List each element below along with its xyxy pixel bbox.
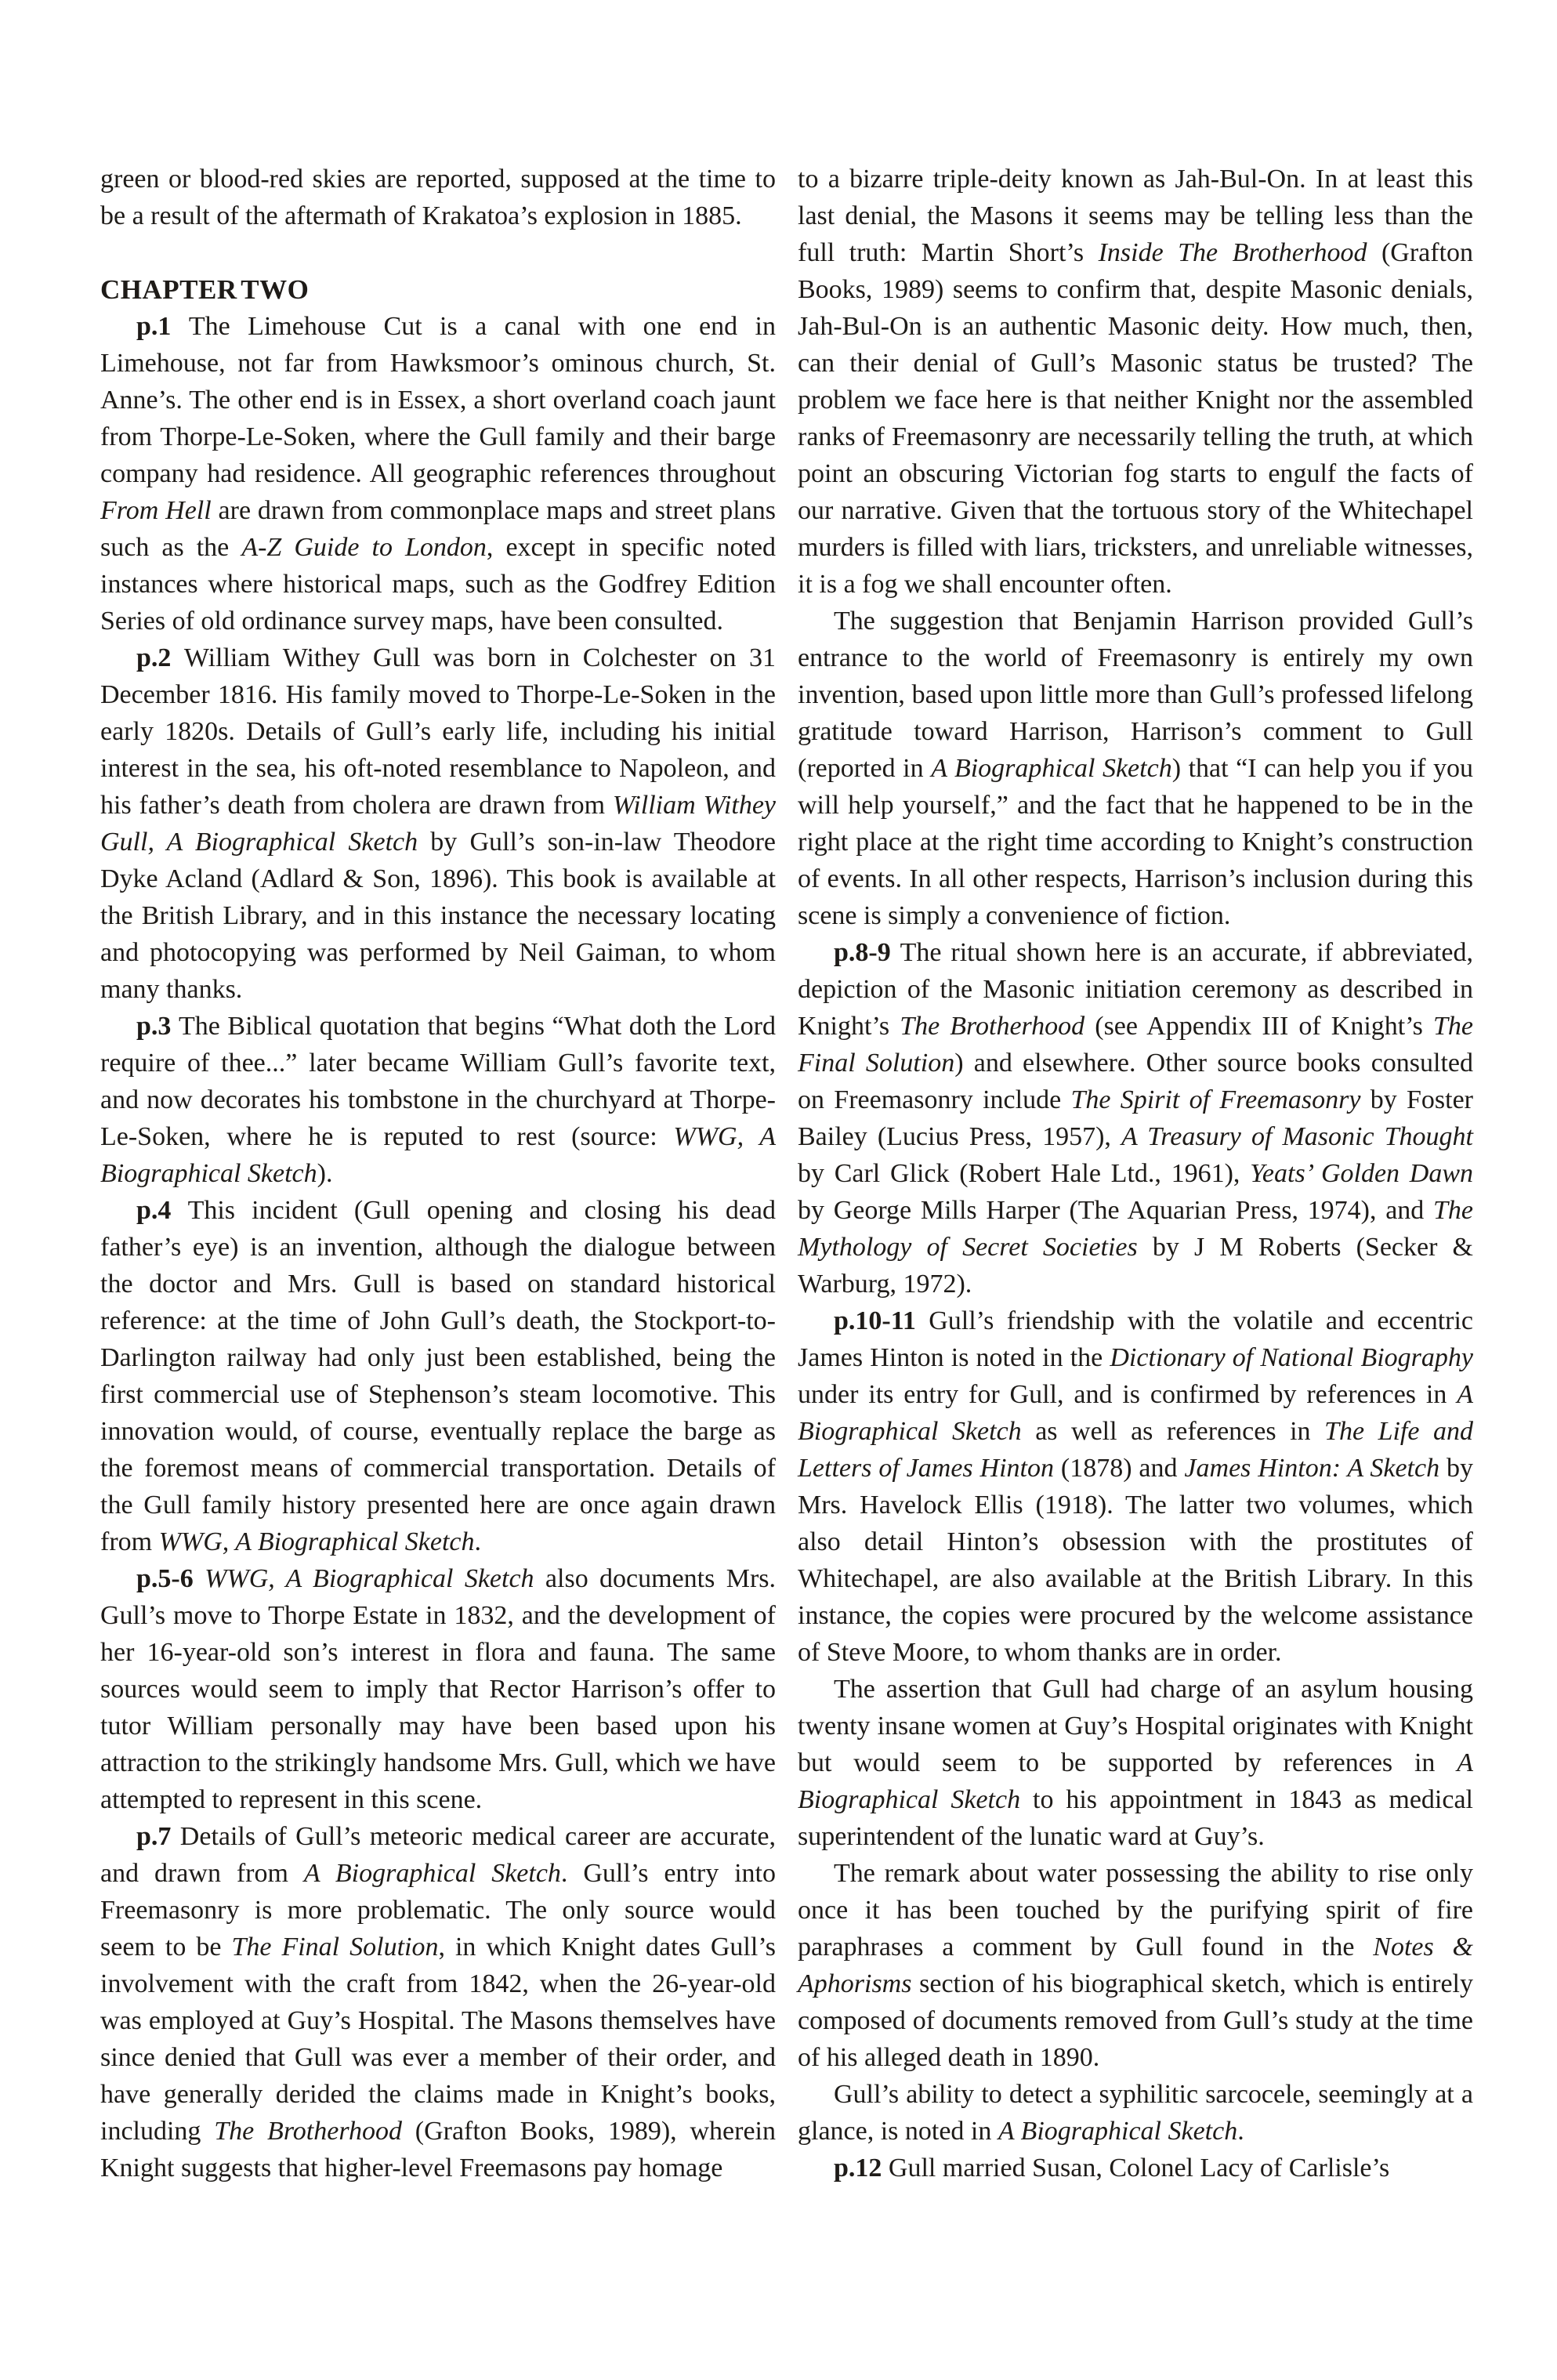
bold-run: p.4 (136, 1196, 188, 1225)
italic-title-run: A Treasury of Masonic Thought (1121, 1122, 1473, 1151)
note-p1: p.1 The Limehouse Cut is a canal with on… (100, 308, 776, 639)
text-run: (Grafton Books, 1989) seems to confirm t… (798, 238, 1473, 599)
paragraph-suggestion-harrison: The suggestion that Benjamin Harrison pr… (798, 603, 1473, 934)
chapter-heading: CHAPTER TWO (100, 271, 776, 308)
bold-run: p.1 (136, 312, 189, 341)
italic-title-run: Inside The Brotherhood (1099, 238, 1367, 267)
paragraph-remark-water: The remark about water possessing the ab… (798, 1855, 1473, 2076)
text-run: The remark about water possessing the ab… (798, 1859, 1473, 1962)
italic-title-run: The Brotherhood (900, 1012, 1084, 1041)
italic-title-run: WWG, A Biographical Sketch (159, 1527, 475, 1556)
bold-run: p.12 (834, 2154, 889, 2183)
italic-title-run: The Brotherhood (214, 2117, 402, 2146)
text-run: . (1237, 2117, 1244, 2146)
italic-title-run: A-Z Guide to London (241, 533, 487, 562)
book-page: green or blood-red skies are reported, s… (0, 0, 1557, 2380)
paragraph-assertion-asylum: The assertion that Gull had charge of an… (798, 1671, 1473, 1855)
note-p4: p.4 This incident (Gull opening and clos… (100, 1192, 776, 1560)
note-p7: p.7 Details of Gull’s meteoric medical c… (100, 1818, 776, 2186)
text-run: (1878) and (1054, 1454, 1184, 1483)
bold-run: p.8-9 (834, 938, 900, 967)
paragraph-continuation-jah-bul-on: to a bizarre triple-deity known as Jah-B… (798, 161, 1473, 603)
text-run: This incident (Gull opening and closing … (100, 1196, 776, 1556)
note-p2: p.2 William Withey Gull was born in Colc… (100, 639, 776, 1008)
note-p12: p.12 Gull married Susan, Colonel Lacy of… (798, 2150, 1473, 2186)
note-p3: p.3 The Biblical quotation that begins “… (100, 1008, 776, 1192)
text-run: (see Appendix III of Knight’s (1084, 1012, 1433, 1041)
bold-run: p.7 (136, 1822, 180, 1851)
italic-title-run: James Hinton: A Sketch (1184, 1454, 1439, 1483)
text-run: ). (317, 1159, 333, 1188)
text-run: also documents Mrs. Gull’s move to Thorp… (100, 1564, 776, 1814)
italic-title-run: A Biographical Sketch (998, 2117, 1237, 2146)
text-run: The assertion that Gull had charge of an… (798, 1675, 1473, 1777)
bold-run: p.10-11 (834, 1306, 929, 1335)
text-run: by George Mills Harper (The Aquarian Pre… (798, 1196, 1433, 1225)
text-run: under its entry for Gull, and is confirm… (798, 1380, 1457, 1409)
bold-run: p.3 (136, 1012, 179, 1041)
italic-title-run: From Hell (100, 496, 212, 525)
text-run: Gull married Susan, Colonel Lacy of Carl… (889, 2154, 1389, 2183)
italic-title-run: Dictionary of National Biography (1110, 1343, 1473, 1372)
text-run: , in which Knight dates Gull’s involveme… (100, 1933, 776, 2146)
italic-title-run: The Spirit of Freemasonry (1070, 1085, 1360, 1114)
bold-run: CHAPTER TWO (100, 274, 309, 305)
note-p8-9: p.8-9 The ritual shown here is an accura… (798, 934, 1473, 1302)
bold-run: p.5-6 (136, 1564, 205, 1593)
paragraph-sarcocele: Gull’s ability to detect a syphilitic sa… (798, 2076, 1473, 2150)
text-run: by Carl Glick (Robert Hale Ltd., 1961), (798, 1159, 1250, 1188)
italic-title-run: A Biographical Sketch (304, 1859, 561, 1888)
italic-title-run: WWG, A Biographical Sketch (205, 1564, 534, 1593)
paragraph-continuation-krakatoa: green or blood-red skies are reported, s… (100, 161, 776, 234)
text-run: by Mrs. Havelock Ellis (1918). The latte… (798, 1454, 1473, 1667)
italic-title-run: Yeats’ Golden Dawn (1250, 1159, 1473, 1188)
text-run: . (474, 1527, 481, 1556)
text-run: as well as references in (1022, 1417, 1324, 1446)
text-run: green or blood-red skies are reported, s… (100, 165, 776, 230)
italic-title-run: A Biographical Sketch (931, 754, 1171, 783)
two-column-layout: green or blood-red skies are reported, s… (100, 161, 1475, 2186)
text-run: The Limehouse Cut is a canal with one en… (100, 312, 776, 488)
left-column: green or blood-red skies are reported, s… (100, 161, 776, 2186)
note-p5-6: p.5-6 WWG, A Biographical Sketch also do… (100, 1560, 776, 1818)
bold-run: p.2 (136, 643, 184, 672)
italic-title-run: The Final Solution (231, 1933, 438, 1962)
right-column: to a bizarre triple-deity known as Jah-B… (798, 161, 1473, 2186)
note-p10-11: p.10-11 Gull’s friendship with the volat… (798, 1302, 1473, 1671)
